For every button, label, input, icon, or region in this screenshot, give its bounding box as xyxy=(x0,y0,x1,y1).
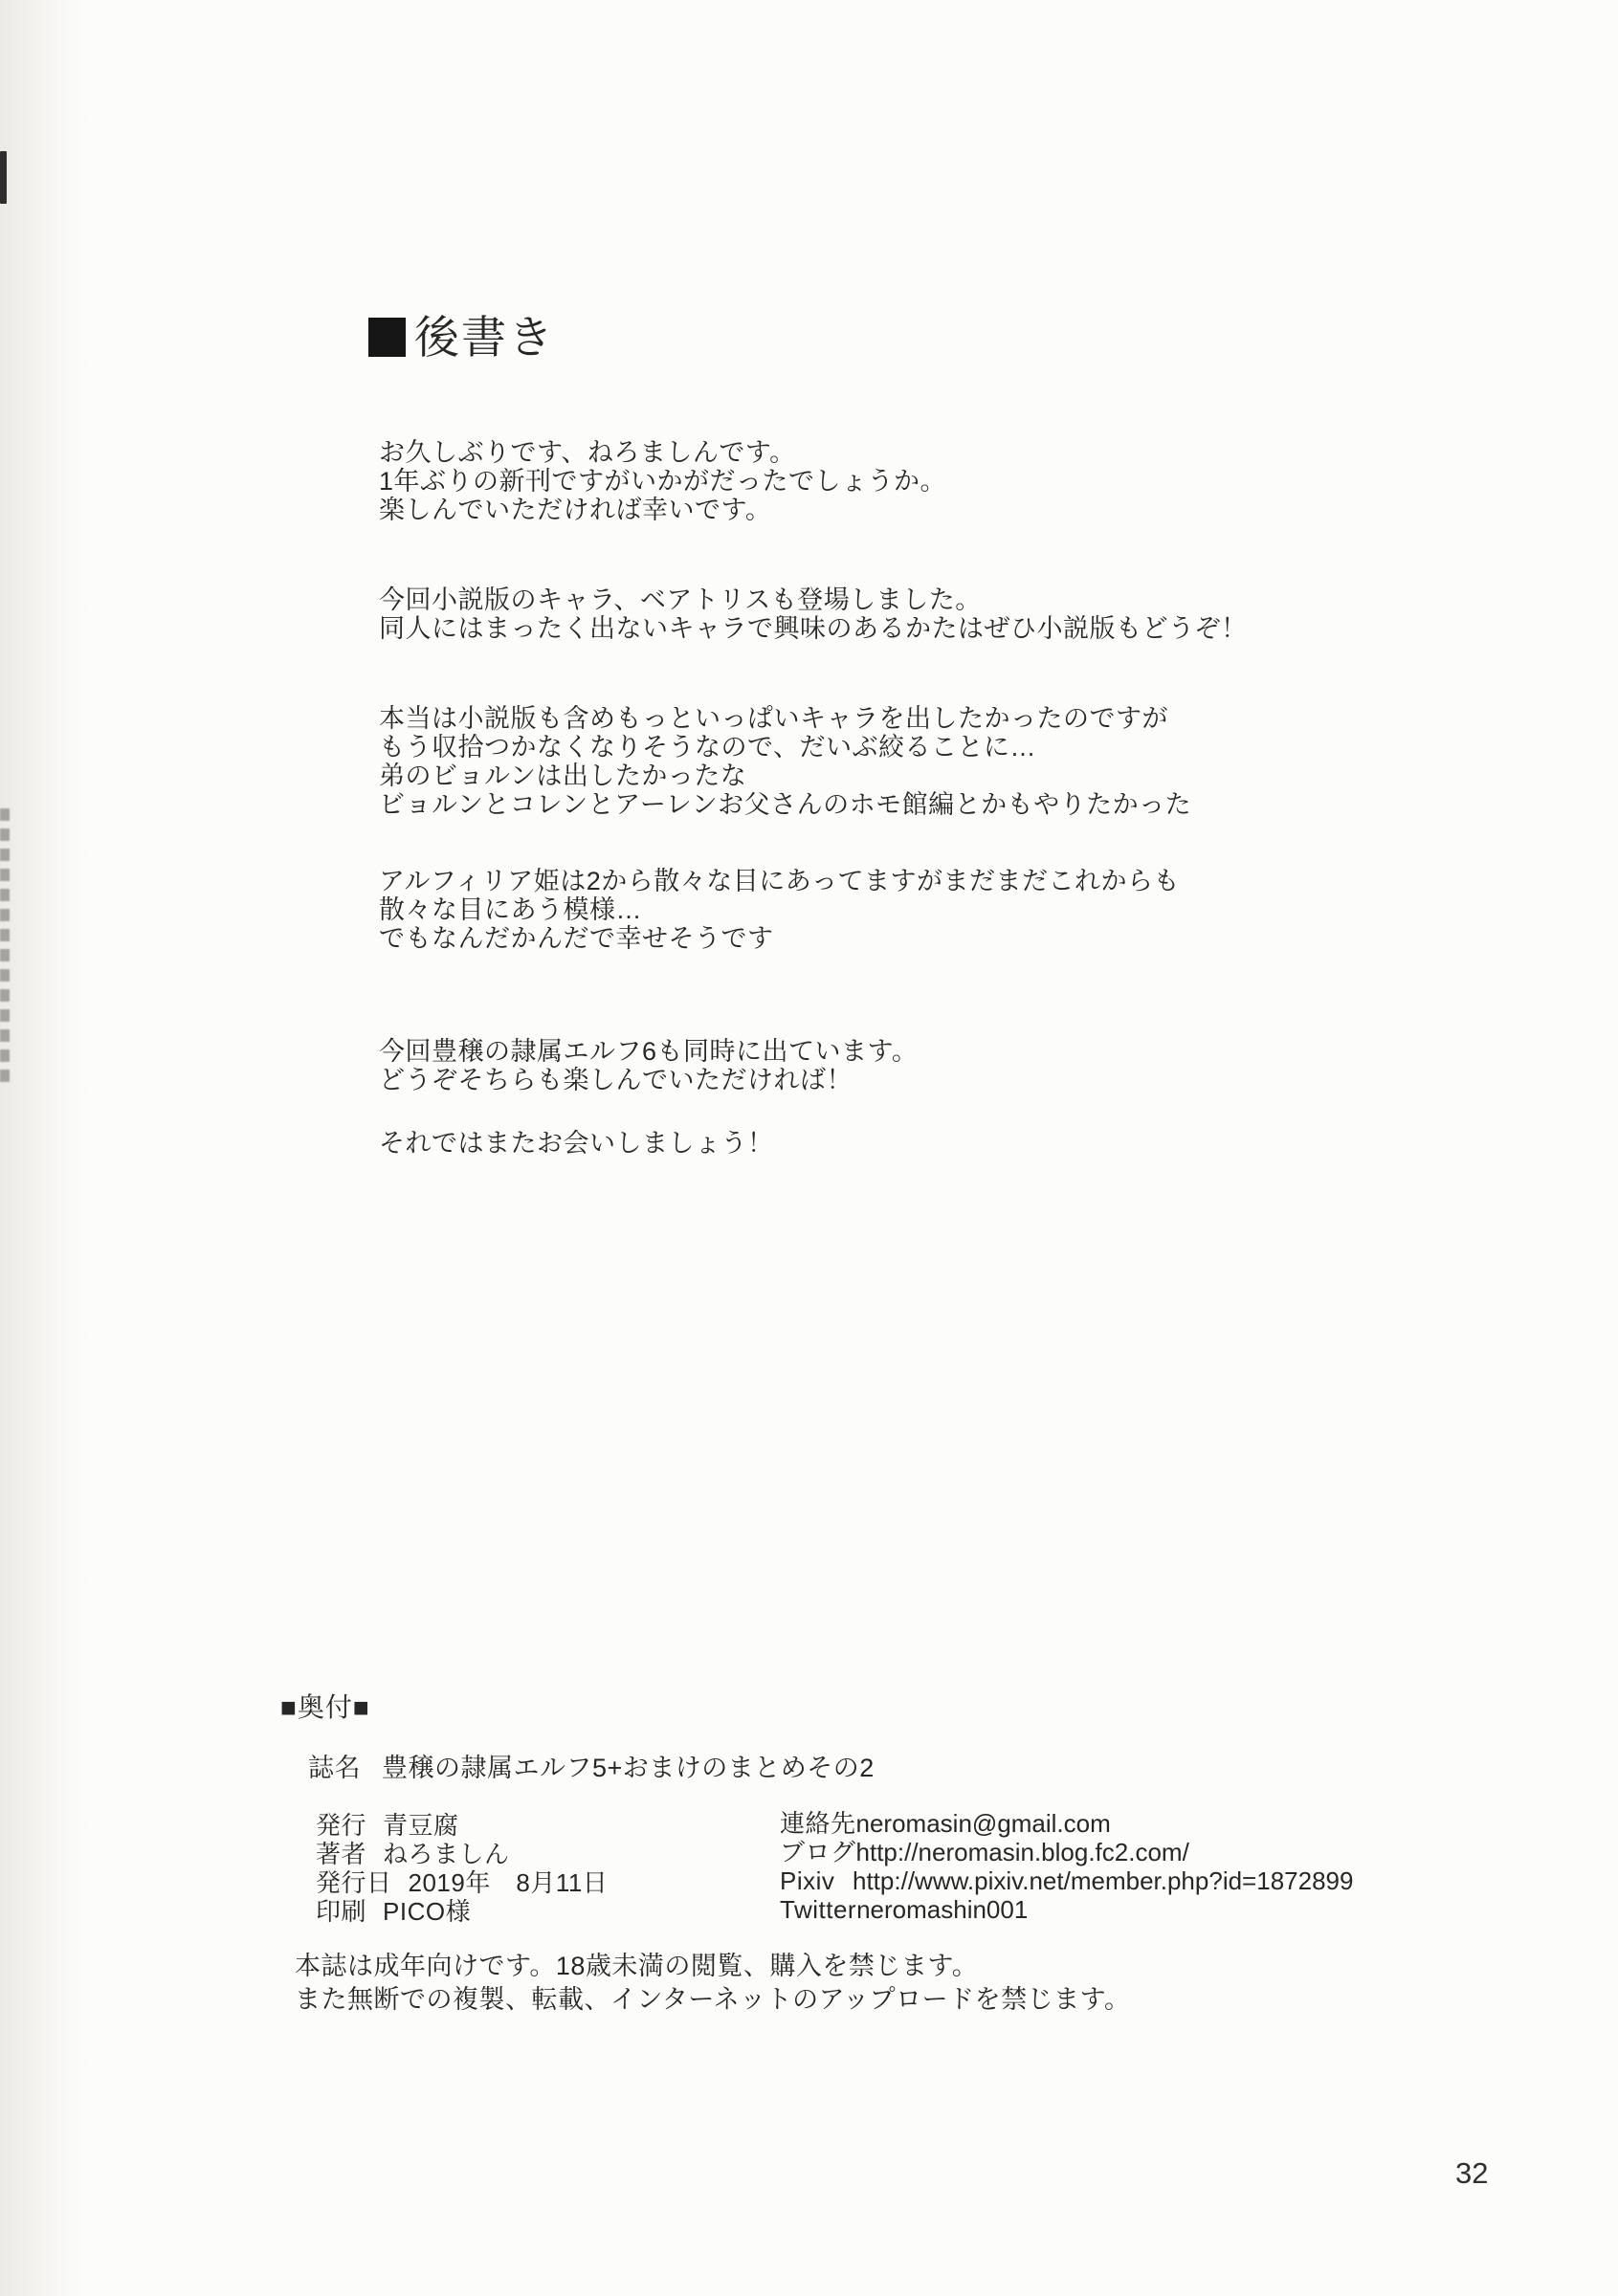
afterword-paragraph: それではまたお会いしましょう！ xyxy=(379,1129,774,1158)
colophon-heading: ■奥付■ xyxy=(280,1687,370,1725)
afterword-line: 今回豊穣の隷属エルフ6も同時に出ています。 xyxy=(379,1037,918,1066)
colophon-row-value: ねろましん xyxy=(383,1840,510,1868)
colophon-row: ブログhttp://neromasin.blog.fc2.com/ xyxy=(780,1838,1353,1866)
colophon-row: Pixivhttp://www.pixiv.net/member.php?id=… xyxy=(780,1866,1353,1895)
blog-url: http://neromasin.blog.fc2.com/ xyxy=(856,1838,1189,1866)
pixiv-url: http://www.pixiv.net/member.php?id=18728… xyxy=(853,1866,1353,1895)
afterword-line: でもなんだかんだで幸せそうです xyxy=(379,924,1180,953)
afterword-line: ビョルンとコレンとアーレンお父さんのホモ館編とかもやりたかった xyxy=(379,790,1191,819)
afterword-paragraph: 今回豊穣の隷属エルフ6も同時に出ています。 どうぞそちらも楽しんでいただければ！ xyxy=(379,1037,918,1094)
colophon-row-value: PICO様 xyxy=(383,1897,471,1926)
afterword-paragraph: 今回小説版のキャラ、ベアトリスも登場しました。 同人にはまったく出ないキャラで興… xyxy=(379,585,1248,643)
afterword-heading: 後書き xyxy=(368,302,555,366)
colophon-row: 印刷PICO様 xyxy=(316,1897,608,1926)
colophon-row-label: 著者 xyxy=(316,1840,366,1868)
afterword-line: それではまたお会いしましょう！ xyxy=(379,1129,774,1158)
afterword-line: お久しぶりです、ねろましんです。 xyxy=(379,438,946,467)
afterword-line: 楽しんでいただければ幸いです。 xyxy=(379,496,946,524)
black-square-icon xyxy=(368,318,406,357)
disclaimer-line: また無断での複製、転載、インターネットのアップロードを禁じます。 xyxy=(295,1983,1131,2017)
colophon-left-column: 発行青豆腐 著者ねろましん 発行日2019年 8月11日 印刷PICO様 xyxy=(316,1811,608,1926)
scan-bleed-through-text xyxy=(0,808,10,1088)
colophon-row-label: 発行 xyxy=(316,1811,366,1840)
colophon-row: 著者ねろましん xyxy=(316,1840,608,1868)
colophon-row-label: 発行日 xyxy=(316,1868,392,1897)
afterword-paragraph: お久しぶりです、ねろましんです。 1年ぶりの新刊ですがいかがだったでしょうか。 … xyxy=(379,438,946,524)
contact-label: 連絡先 xyxy=(780,1809,856,1838)
scan-gutter-shading xyxy=(0,0,92,2296)
disclaimer-line: 本誌は成年向けです。18歳未満の閲覧、購入を禁じます。 xyxy=(295,1950,1131,1983)
booklet-title-row: 誌名豊穣の隷属エルフ5+おまけのまとめその2 xyxy=(308,1747,875,1784)
afterword-line: 今回小説版のキャラ、ベアトリスも登場しました。 xyxy=(379,585,1248,614)
contact-email: neromasin@gmail.com xyxy=(856,1809,1111,1838)
scan-edge-mark xyxy=(0,151,7,204)
age-disclaimer: 本誌は成年向けです。18歳未満の閲覧、購入を禁じます。 また無断での複製、転載、… xyxy=(295,1950,1131,2017)
afterword-line: 同人にはまったく出ないキャラで興味のあるかたはぜひ小説版もどうぞ！ xyxy=(379,614,1248,643)
pixiv-label: Pixiv xyxy=(780,1866,853,1895)
blog-label: ブログ xyxy=(780,1838,856,1866)
afterword-paragraph: 本当は小説版も含めもっといっぱいキャラを出したかったのですが もう収拾つかなくな… xyxy=(379,704,1191,819)
scanned-afterword-page: 後書き お久しぶりです、ねろましんです。 1年ぶりの新刊ですがいかがだったでしょ… xyxy=(0,0,1618,2296)
colophon-row-value: 2019年 8月11日 xyxy=(409,1868,609,1897)
twitter-handle: neromashin001 xyxy=(856,1895,1028,1924)
page-number: 32 xyxy=(1455,2156,1488,2191)
afterword-heading-text: 後書き xyxy=(414,302,555,366)
booklet-title-value: 豊穣の隷属エルフ5+おまけのまとめその2 xyxy=(382,1754,875,1782)
colophon-row: Twitterneromashin001 xyxy=(780,1895,1353,1924)
afterword-line: もう収拾つかなくなりそうなので、だいぶ絞ることに… xyxy=(379,733,1191,762)
colophon-right-column: 連絡先neromasin@gmail.com ブログhttp://neromas… xyxy=(780,1809,1353,1924)
afterword-line: アルフィリア姫は2から散々な目にあってますがまだまだこれからも xyxy=(379,867,1180,895)
twitter-label: Twitter xyxy=(780,1895,856,1924)
colophon-row: 発行日2019年 8月11日 xyxy=(316,1868,608,1897)
afterword-line: 本当は小説版も含めもっといっぱいキャラを出したかったのですが xyxy=(379,704,1191,733)
colophon-row: 連絡先neromasin@gmail.com xyxy=(780,1809,1353,1838)
colophon-row: 発行青豆腐 xyxy=(316,1811,608,1840)
afterword-paragraph: アルフィリア姫は2から散々な目にあってますがまだまだこれからも 散々な目にあう模… xyxy=(379,867,1180,953)
colophon-row-label: 印刷 xyxy=(316,1897,366,1926)
afterword-line: 散々な目にあう模様… xyxy=(379,895,1180,924)
afterword-line: どうぞそちらも楽しんでいただければ！ xyxy=(379,1066,918,1094)
afterword-line: 弟のビョルンは出したかったな xyxy=(379,762,1191,790)
booklet-title-label: 誌名 xyxy=(308,1754,361,1782)
colophon-row-value: 青豆腐 xyxy=(383,1811,459,1840)
afterword-line: 1年ぶりの新刊ですがいかがだったでしょうか。 xyxy=(379,467,946,496)
